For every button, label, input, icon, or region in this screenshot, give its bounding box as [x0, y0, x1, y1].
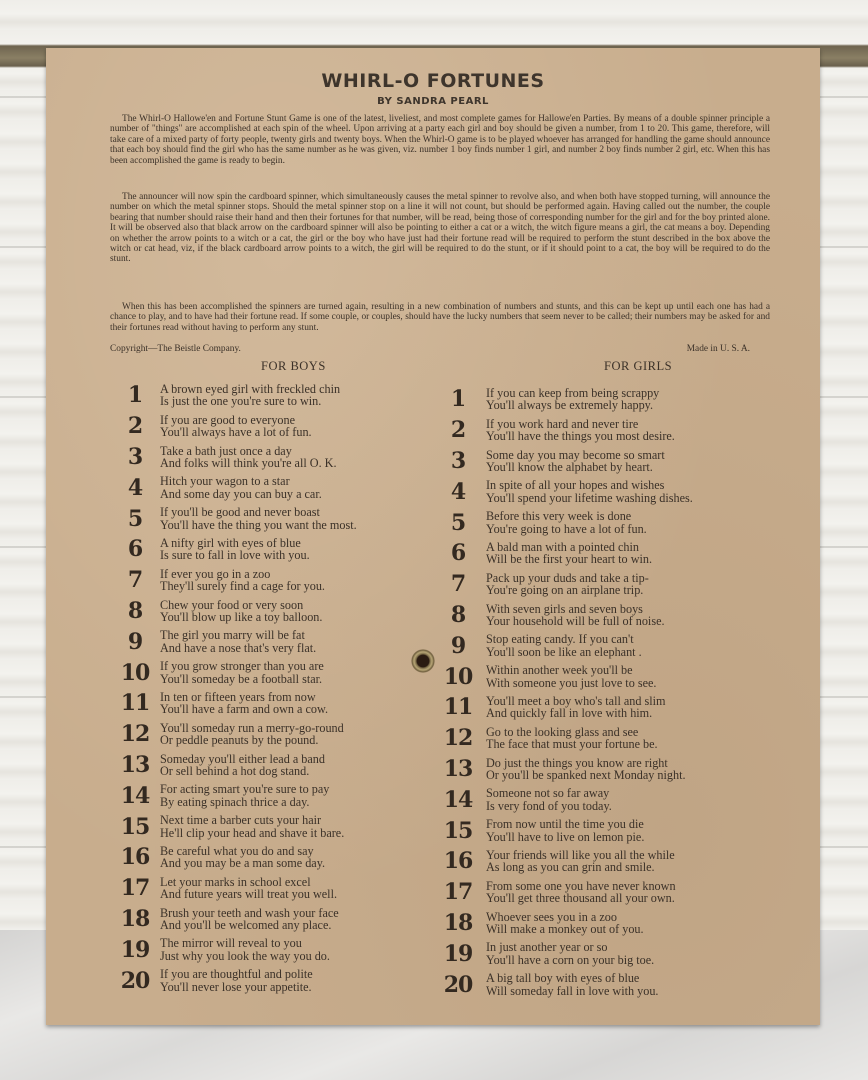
- verse-line-2: They'll surely find a cage for you.: [160, 579, 325, 593]
- fortune-verse: If you are thoughtful and politeYou'll n…: [160, 968, 313, 993]
- fortune-verse: With seven girls and seven boysYour hous…: [486, 603, 665, 628]
- fortune-item: 2If you are good to everyoneYou'll alway…: [110, 411, 440, 442]
- verse-line-2: He'll clip your head and shave it bare.: [160, 826, 344, 840]
- verse-line-2: And folks will think you're all O. K.: [160, 456, 337, 470]
- fortune-item: 14For acting smart you're sure to payBy …: [110, 780, 440, 811]
- fortune-verse: If you work hard and never tireYou'll ha…: [486, 418, 675, 443]
- fortune-number: 10: [110, 660, 160, 686]
- fortune-number: 4: [110, 475, 160, 501]
- verse-line-2: You'll have the things you most desire.: [486, 429, 675, 443]
- fortune-verse: If you can keep from being scrappyYou'll…: [486, 387, 659, 412]
- fortune-verse: The girl you marry will be fatAnd have a…: [160, 629, 316, 654]
- fortune-item: 18Whoever sees you in a zooWill make a m…: [430, 908, 770, 939]
- fortune-number: 7: [110, 567, 160, 593]
- fortune-number: 2: [430, 417, 486, 443]
- fortune-number: 1: [430, 386, 486, 412]
- fortune-number: 15: [110, 814, 160, 840]
- fortune-number: 4: [430, 479, 486, 505]
- fortune-verse: A nifty girl with eyes of blueIs sure to…: [160, 537, 310, 562]
- spinner-eyelet-icon: [411, 649, 435, 673]
- verse-line-2: You'll spend your lifetime washing dishe…: [486, 491, 693, 505]
- fortune-item: 16Your friends will like you all the whi…: [430, 846, 770, 877]
- fortune-number: 12: [110, 721, 160, 747]
- fortune-verse: Before this very week is doneYou're goin…: [486, 510, 647, 535]
- fortune-item: 7Pack up your duds and take a tip-You're…: [430, 569, 770, 600]
- fortune-item: 6A nifty girl with eyes of blueIs sure t…: [110, 534, 440, 565]
- fortune-verse: If you are good to everyoneYou'll always…: [160, 414, 312, 439]
- fortune-number: 17: [110, 875, 160, 901]
- fortune-number: 6: [110, 536, 160, 562]
- fortune-item: 10If you grow stronger than you areYou'l…: [110, 657, 440, 688]
- verse-line-2: You'll soon be like an elephant .: [486, 645, 642, 659]
- fortune-item: 19The mirror will reveal to youJust why …: [110, 934, 440, 965]
- fortune-number: 1: [110, 382, 160, 408]
- verse-line-2: You'll know the alphabet by heart.: [486, 460, 653, 474]
- verse-line-2: Will be the first your heart to win.: [486, 552, 652, 566]
- fortune-verse: You'll meet a boy who's tall and slimAnd…: [486, 695, 666, 720]
- fortune-number: 13: [430, 756, 486, 782]
- fortune-number: 14: [110, 783, 160, 809]
- fortune-item: 3Some day you may become so smartYou'll …: [430, 446, 770, 477]
- fortune-verse: In ten or fifteen years from nowYou'll h…: [160, 691, 328, 716]
- fortune-item: 17From some one you have never knownYou'…: [430, 877, 770, 908]
- fortune-verse: If you'll be good and never boastYou'll …: [160, 506, 357, 531]
- fortune-verse: Someday you'll either lead a bandOr sell…: [160, 753, 325, 778]
- verse-line-2: You'll someday be a football star.: [160, 672, 322, 686]
- fortune-number: 19: [430, 941, 486, 967]
- verse-line-2: You'll always have a lot of fun.: [160, 425, 312, 439]
- fortune-number: 15: [430, 818, 486, 844]
- copyright-row: Copyright—The Beistle Company. Made in U…: [110, 344, 750, 354]
- fortune-verse: Whoever sees you in a zooWill make a mon…: [486, 911, 644, 936]
- fortune-number: 7: [430, 571, 486, 597]
- intro-paragraph-1: The Whirl-O Hallowe'en and Fortune Stunt…: [110, 114, 770, 166]
- fortune-item: 10Within another week you'll beWith some…: [430, 661, 770, 692]
- fortune-item: 11In ten or fifteen years from nowYou'll…: [110, 688, 440, 719]
- verse-line-2: You're going to have a lot of fun.: [486, 522, 647, 536]
- fortune-number: 3: [110, 444, 160, 470]
- fortune-number: 16: [110, 844, 160, 870]
- fortune-verse: Your friends will like you all the while…: [486, 849, 675, 874]
- fortune-verse: Let your marks in school excelAnd future…: [160, 876, 337, 901]
- fortune-verse: Go to the looking glass and seeThe face …: [486, 726, 658, 751]
- boys-heading: FOR BOYS: [261, 359, 326, 374]
- fortune-verse: Chew your food or very soonYou'll blow u…: [160, 599, 322, 624]
- fortune-number: 5: [430, 510, 486, 536]
- fortune-number: 20: [430, 972, 486, 998]
- verse-line-2: Will someday fall in love with you.: [486, 984, 658, 998]
- fortune-number: 9: [110, 629, 160, 655]
- fortune-number: 11: [430, 694, 486, 720]
- card-title: WHIRL-O FORTUNES: [46, 70, 820, 92]
- fortune-verse: Stop eating candy. If you can'tYou'll so…: [486, 633, 642, 658]
- verse-line-2: The face that must your fortune be.: [486, 737, 658, 751]
- fortune-number: 12: [430, 725, 486, 751]
- verse-line-2: Your household will be full of noise.: [486, 614, 665, 628]
- copyright-text: Copyright—The Beistle Company.: [110, 344, 241, 354]
- intro-paragraph-3: When this has been accomplished the spin…: [110, 302, 770, 333]
- fortune-number: 13: [110, 752, 160, 778]
- fortune-number: 20: [110, 968, 160, 994]
- verse-line-2: You'll have a farm and own a cow.: [160, 702, 328, 716]
- fortune-item: 4Hitch your wagon to a starAnd some day …: [110, 472, 440, 503]
- fortune-verse: Some day you may become so smartYou'll k…: [486, 449, 665, 474]
- fortune-item: 2If you work hard and never tireYou'll h…: [430, 415, 770, 446]
- fortune-item: 12Go to the looking glass and seeThe fac…: [430, 723, 770, 754]
- verse-line-2: You'll have a corn on your big toe.: [486, 953, 654, 967]
- fortune-verse: Someone not so far awayIs very fond of y…: [486, 787, 612, 812]
- fortune-item: 5If you'll be good and never boastYou'll…: [110, 503, 440, 534]
- made-in-text: Made in U. S. A.: [687, 344, 750, 354]
- intro-paragraph-2: The announcer will now spin the cardboar…: [110, 192, 770, 265]
- fortune-item: 7If ever you go in a zooThey'll surely f…: [110, 565, 440, 596]
- fortune-item: 20A big tall boy with eyes of blueWill s…: [430, 969, 770, 1000]
- fortune-verse: Brush your teeth and wash your faceAnd y…: [160, 907, 339, 932]
- fortune-item: 17Let your marks in school excelAnd futu…: [110, 873, 440, 904]
- verse-line-2: With someone you just love to see.: [486, 676, 656, 690]
- fortune-verse: Take a bath just once a dayAnd folks wil…: [160, 445, 337, 470]
- fortune-item: 8Chew your food or very soonYou'll blow …: [110, 596, 440, 627]
- fortune-verse: Hitch your wagon to a starAnd some day y…: [160, 475, 322, 500]
- verse-line-2: You'll never lose your appetite.: [160, 980, 312, 994]
- fortune-verse: A big tall boy with eyes of blueWill som…: [486, 972, 658, 997]
- fortune-number: 5: [110, 506, 160, 532]
- fortune-number: 14: [430, 787, 486, 813]
- verse-line-2: And you may be a man some day.: [160, 856, 325, 870]
- fortune-item: 8With seven girls and seven boysYour hou…: [430, 600, 770, 631]
- fortune-verse: The mirror will reveal to youJust why yo…: [160, 937, 330, 962]
- verse-line-2: You'll get three thousand all your own.: [486, 891, 675, 905]
- fortune-verse: Next time a barber cuts your hairHe'll c…: [160, 814, 344, 839]
- fortune-number: 3: [430, 448, 486, 474]
- fortune-item: 15From now until the time you dieYou'll …: [430, 815, 770, 846]
- fortune-item: 3Take a bath just once a dayAnd folks wi…: [110, 442, 440, 473]
- fortune-verse: From some one you have never knownYou'll…: [486, 880, 676, 905]
- fortune-number: 19: [110, 937, 160, 963]
- fortune-verse: Pack up your duds and take a tip-You're …: [486, 572, 649, 597]
- fortune-number: 8: [430, 602, 486, 628]
- fortune-verse: A brown eyed girl with freckled chinIs j…: [160, 383, 340, 408]
- verse-line-2: Or peddle peanuts by the pound.: [160, 733, 318, 747]
- verse-line-2: By eating spinach thrice a day.: [160, 795, 309, 809]
- verse-line-2: You're going on an airplane trip.: [486, 583, 643, 597]
- verse-line-2: And quickly fall in love with him.: [486, 706, 652, 720]
- verse-line-2: Or you'll be spanked next Monday night.: [486, 768, 686, 782]
- fortune-item: 20If you are thoughtful and politeYou'll…: [110, 965, 440, 996]
- fortune-item: 1If you can keep from being scrappyYou'l…: [430, 384, 770, 415]
- fortune-item: 13Someday you'll either lead a bandOr se…: [110, 750, 440, 781]
- fortune-number: 9: [430, 633, 486, 659]
- verse-line-2: And have a nose that's very flat.: [160, 641, 316, 655]
- verse-line-2: As long as you can grin and smile.: [486, 860, 655, 874]
- fortune-item: 5Before this very week is doneYou're goi…: [430, 507, 770, 538]
- fortune-number: 18: [110, 906, 160, 932]
- card-byline: BY SANDRA PEARL: [46, 96, 820, 107]
- verse-line-2: Or sell behind a hot dog stand.: [160, 764, 309, 778]
- verse-line-2: And future years will treat you well.: [160, 887, 337, 901]
- fortune-verse: From now until the time you dieYou'll ha…: [486, 818, 644, 843]
- fortune-item: 18Brush your teeth and wash your faceAnd…: [110, 904, 440, 935]
- fortune-item: 16Be careful what you do and sayAnd you …: [110, 842, 440, 873]
- fortune-verse: If ever you go in a zooThey'll surely fi…: [160, 568, 325, 593]
- verse-line-2: You'll have the thing you want the most.: [160, 518, 357, 532]
- fortune-item: 6A bald man with a pointed chinWill be t…: [430, 538, 770, 569]
- fortune-item: 1A brown eyed girl with freckled chinIs …: [110, 380, 440, 411]
- fortune-verse: If you grow stronger than you areYou'll …: [160, 660, 324, 685]
- fortune-item: 14Someone not so far awayIs very fond of…: [430, 784, 770, 815]
- fortune-verse: In just another year or soYou'll have a …: [486, 941, 654, 966]
- fortune-number: 10: [430, 664, 486, 690]
- verse-line-2: You'll always be extremely happy.: [486, 398, 653, 412]
- fortune-card: WHIRL-O FORTUNES BY SANDRA PEARL The Whi…: [46, 48, 820, 1025]
- fortune-item: 11You'll meet a boy who's tall and slimA…: [430, 692, 770, 723]
- verse-line-2: Is sure to fall in love with you.: [160, 548, 310, 562]
- fortune-number: 17: [430, 879, 486, 905]
- boys-fortune-list: 1A brown eyed girl with freckled chinIs …: [110, 380, 440, 996]
- fortune-item: 15Next time a barber cuts your hairHe'll…: [110, 811, 440, 842]
- fortune-number: 18: [430, 910, 486, 936]
- verse-line-2: And you'll be welcomed any place.: [160, 918, 331, 932]
- verse-line-2: Will make a monkey out of you.: [486, 922, 644, 936]
- fortune-item: 4In spite of all your hopes and wishesYo…: [430, 476, 770, 507]
- girls-fortune-list: 1If you can keep from being scrappyYou'l…: [430, 384, 770, 1000]
- fortune-item: 13Do just the things you know are rightO…: [430, 754, 770, 785]
- verse-line-2: Is just the one you're sure to win.: [160, 394, 321, 408]
- fortune-verse: You'll someday run a merry-go-roundOr pe…: [160, 722, 344, 747]
- verse-line-2: You'll blow up like a toy balloon.: [160, 610, 322, 624]
- fortune-verse: In spite of all your hopes and wishesYou…: [486, 479, 693, 504]
- fortune-verse: Be careful what you do and sayAnd you ma…: [160, 845, 325, 870]
- verse-line-2: Is very fond of you today.: [486, 799, 612, 813]
- fortune-verse: A bald man with a pointed chinWill be th…: [486, 541, 652, 566]
- verse-line-2: And some day you can buy a car.: [160, 487, 322, 501]
- fortune-number: 6: [430, 540, 486, 566]
- fortune-item: 9Stop eating candy. If you can'tYou'll s…: [430, 630, 770, 661]
- fortune-item: 19In just another year or soYou'll have …: [430, 938, 770, 969]
- fortune-item: 9The girl you marry will be fatAnd have …: [110, 626, 440, 657]
- fortune-number: 2: [110, 413, 160, 439]
- fortune-verse: Do just the things you know are rightOr …: [486, 757, 686, 782]
- fortune-number: 16: [430, 848, 486, 874]
- verse-line-2: Just why you look the way you do.: [160, 949, 330, 963]
- fortune-verse: Within another week you'll beWith someon…: [486, 664, 656, 689]
- girls-heading: FOR GIRLS: [604, 359, 672, 374]
- fortune-verse: For acting smart you're sure to payBy ea…: [160, 783, 329, 808]
- verse-line-2: You'll have to live on lemon pie.: [486, 830, 644, 844]
- fortune-number: 11: [110, 690, 160, 716]
- fortune-item: 12You'll someday run a merry-go-roundOr …: [110, 719, 440, 750]
- fortune-number: 8: [110, 598, 160, 624]
